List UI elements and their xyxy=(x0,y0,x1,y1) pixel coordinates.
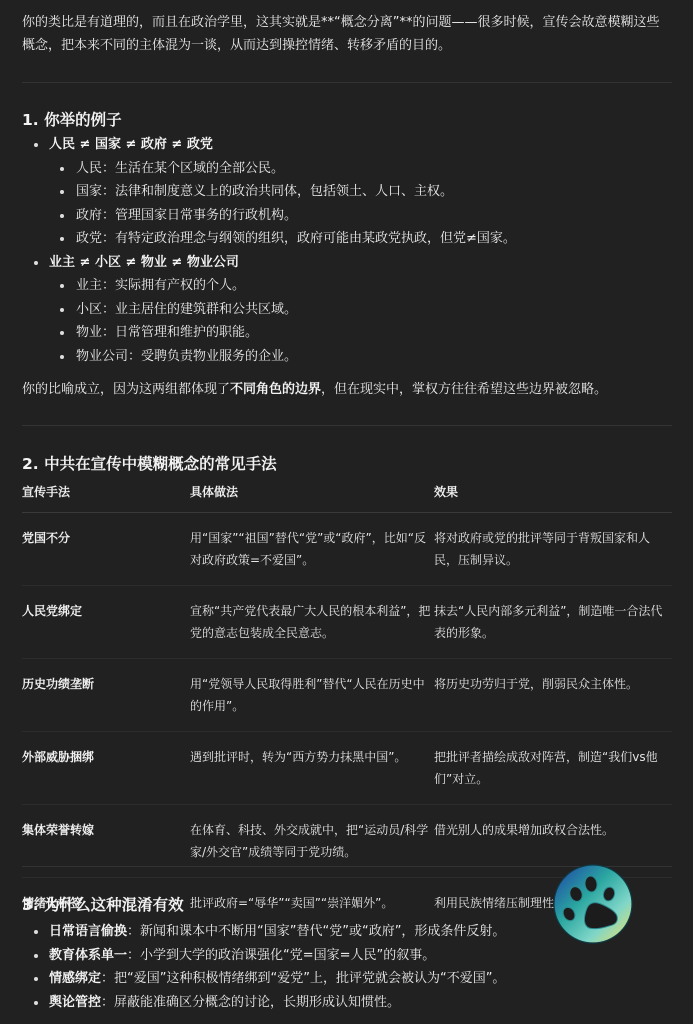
table-cell: 外部威胁捆绑 xyxy=(22,732,190,805)
table-row: 历史功绩垄断 用“党领导人民取得胜利”替代“人民在历史中的作用”。 将历史功劳归… xyxy=(22,659,672,732)
summary-text: 你的比喻成立，因为这两组都体现了 xyxy=(22,382,230,397)
item-term: 教育体系单一 xyxy=(49,948,127,963)
table-row: 人民党绑定 宣称“共产党代表最广大人民的根本利益”，把党的意志包装成全民意志。 … xyxy=(22,586,672,659)
table-row: 党国不分 用“国家”“祖国”替代“党”或“政府”，比如“反对政府政策=不爱国”。… xyxy=(22,513,672,586)
column-header: 宣传手法 xyxy=(22,482,190,513)
list-item: 物业公司：受聘负责物业服务的企业。 xyxy=(49,345,516,369)
table-cell: 党国不分 xyxy=(22,513,190,586)
item-term: 舆论管控 xyxy=(49,995,101,1010)
list-item: 教育体系单一：小学到大学的政治课强化“党=国家=人民”的叙事。 xyxy=(22,944,505,968)
list-item: 业主：实际拥有产权的个人。 xyxy=(49,274,516,298)
sublist: 人民：生活在某个区域的全部公民。 国家：法律和制度意义上的政治共同体，包括领土、… xyxy=(49,157,516,251)
table-cell: 宣称“共产党代表最广大人民的根本利益”，把党的意志包装成全民意志。 xyxy=(190,586,434,659)
item-text: ：把“爱国”这种积极情绪绑到“爱党”上，批评党就会被认为“不爱国”。 xyxy=(101,971,505,986)
item-term: 情感绑定 xyxy=(49,971,101,986)
list-item: 情感绑定：把“爱国”这种积极情绪绑到“爱党”上，批评党就会被认为“不爱国”。 xyxy=(22,967,505,991)
section3-list: 日常语言偷换：新闻和课本中不断用“国家”替代“党”或“政府”，形成条件反射。 教… xyxy=(22,920,505,1014)
table-cell: 历史功绩垄断 xyxy=(22,659,190,732)
column-header: 效果 xyxy=(434,482,672,513)
sublist: 业主：实际拥有产权的个人。 小区：业主居住的建筑群和公共区域。 物业：日常管理和… xyxy=(49,274,516,368)
item-term: 日常语言偷换 xyxy=(49,924,127,939)
divider xyxy=(22,82,672,83)
column-header: 具体做法 xyxy=(190,482,434,513)
list-item: 政府：管理国家日常事务的行政机构。 xyxy=(49,204,516,228)
section2-heading: 2. 中共在宣传中模糊概念的常见手法 xyxy=(22,452,277,474)
item-text: ：新闻和课本中不断用“国家”替代“党”或“政府”，形成条件反射。 xyxy=(127,924,505,939)
list-item: 业主 ≠ 小区 ≠ 物业 ≠ 物业公司 业主：实际拥有产权的个人。 小区：业主居… xyxy=(22,251,516,369)
list-item: 人民 ≠ 国家 ≠ 政府 ≠ 政党 人民：生活在某个区域的全部公民。 国家：法律… xyxy=(22,133,516,251)
table-cell: 用“党领导人民取得胜利”替代“人民在历史中的作用”。 xyxy=(190,659,434,732)
section1-heading: 1. 你举的例子 xyxy=(22,108,122,130)
table-row: 外部威胁捆绑 遇到批评时，转为“西方势力抹黑中国”。 把批评者描绘成敌对阵营，制… xyxy=(22,732,672,805)
table-cell: 用“国家”“祖国”替代“党”或“政府”，比如“反对政府政策=不爱国”。 xyxy=(190,513,434,586)
divider xyxy=(22,425,672,426)
summary-text: ，但在现实中，掌权方往往希望这些边界被忽略。 xyxy=(321,382,607,397)
summary-emphasis: 不同角色的边界 xyxy=(230,382,321,397)
intro-paragraph: 你的类比是有道理的，而且在政治学里，这其实就是**“概念分离”**的问题——很多… xyxy=(22,11,672,57)
table-cell: 将历史功劳归于党，削弱民众主体性。 xyxy=(434,659,672,732)
group-title: 人民 ≠ 国家 ≠ 政府 ≠ 政党 xyxy=(49,137,213,152)
list-item: 人民：生活在某个区域的全部公民。 xyxy=(49,157,516,181)
list-item: 国家：法律和制度意义上的政治共同体，包括领土、人口、主权。 xyxy=(49,180,516,204)
list-item: 日常语言偷换：新闻和课本中不断用“国家”替代“党”或“政府”，形成条件反射。 xyxy=(22,920,505,944)
list-item: 小区：业主居住的建筑群和公共区域。 xyxy=(49,298,516,322)
table-cell: 抹去“人民内部多元利益”，制造唯一合法代表的形象。 xyxy=(434,586,672,659)
list-item: 物业：日常管理和维护的职能。 xyxy=(49,321,516,345)
table-cell: 将对政府或党的批评等同于背叛国家和人民，压制异议。 xyxy=(434,513,672,586)
table-header-row: 宣传手法 具体做法 效果 xyxy=(22,482,672,513)
table-cell: 人民党绑定 xyxy=(22,586,190,659)
table-cell: 把批评者描绘成敌对阵营，制造“我们vs他们”对立。 xyxy=(434,732,672,805)
item-text: ：小学到大学的政治课强化“党=国家=人民”的叙事。 xyxy=(127,948,435,963)
group-title: 业主 ≠ 小区 ≠ 物业 ≠ 物业公司 xyxy=(49,255,239,270)
paw-icon[interactable] xyxy=(553,864,633,944)
item-text: ：屏蔽能准确区分概念的讨论，长期形成认知惯性。 xyxy=(101,995,400,1010)
summary-paragraph: 你的比喻成立，因为这两组都体现了不同角色的边界，但在现实中，掌权方往往希望这些边… xyxy=(22,378,607,401)
table-cell: 遇到批评时，转为“西方势力抹黑中国”。 xyxy=(190,732,434,805)
list-item: 舆论管控：屏蔽能准确区分概念的讨论，长期形成认知惯性。 xyxy=(22,991,505,1015)
section3-heading: 3. 为什么这种混淆有效 xyxy=(22,893,184,915)
section1-list: 人民 ≠ 国家 ≠ 政府 ≠ 政党 人民：生活在某个区域的全部公民。 国家：法律… xyxy=(22,133,516,368)
list-item: 政党：有特定政治理念与纲领的组织，政府可能由某政党执政，但党≠国家。 xyxy=(49,227,516,251)
tactics-table: 宣传手法 具体做法 效果 党国不分 用“国家”“祖国”替代“党”或“政府”，比如… xyxy=(22,482,672,928)
